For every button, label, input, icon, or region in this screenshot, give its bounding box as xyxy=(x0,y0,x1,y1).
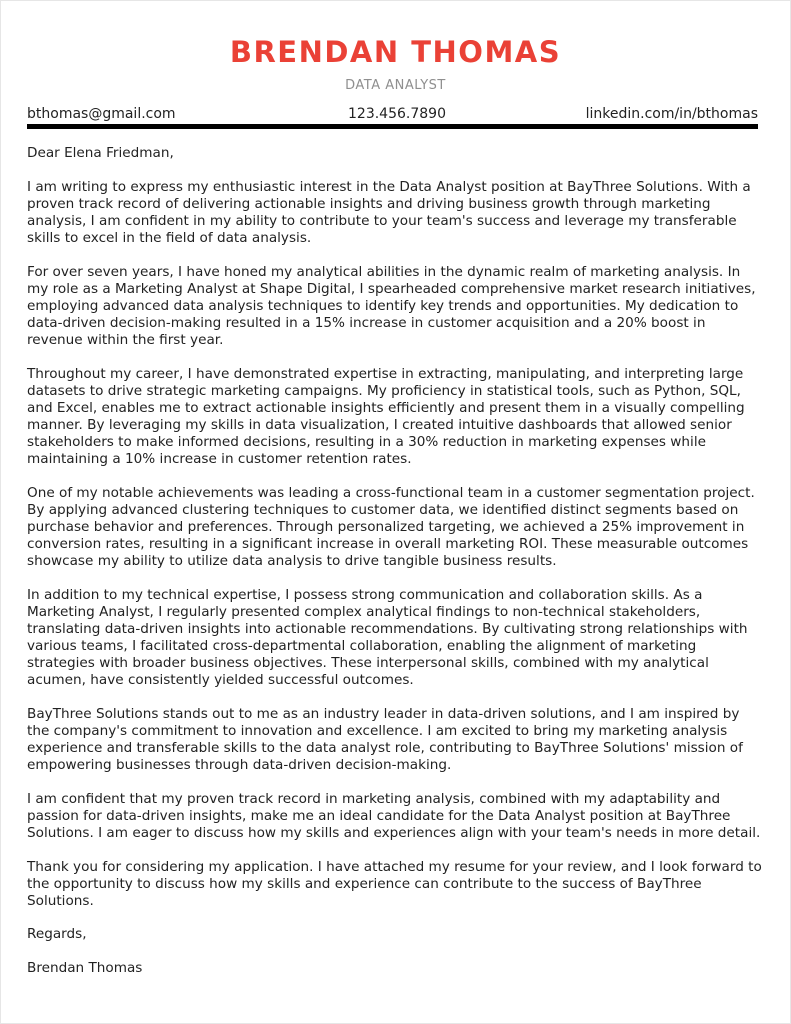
closing: Regards, xyxy=(27,926,764,943)
signature: Brendan Thomas xyxy=(27,960,764,977)
salutation: Dear Elena Friedman, xyxy=(27,145,764,162)
contact-email[interactable]: bthomas@gmail.com xyxy=(27,105,176,123)
applicant-name: BRENDAN THOMAS xyxy=(1,34,790,70)
paragraph-conclusion: I am confident that my proven track reco… xyxy=(27,791,764,842)
header-divider xyxy=(27,124,758,129)
contact-bar: bthomas@gmail.com 123.456.7890 linkedin.… xyxy=(27,105,758,123)
paragraph-thanks: Thank you for considering my application… xyxy=(27,859,764,910)
applicant-title: DATA ANALYST xyxy=(1,78,790,94)
paragraph-experience: For over seven years, I have honed my an… xyxy=(27,264,764,349)
paragraph-soft-skills: In addition to my technical expertise, I… xyxy=(27,587,764,690)
paragraph-intro: I am writing to express my enthusiastic … xyxy=(27,179,764,247)
contact-phone[interactable]: 123.456.7890 xyxy=(348,105,446,123)
paragraph-expertise: Throughout my career, I have demonstrate… xyxy=(27,366,764,469)
paragraph-achievement: One of my notable achievements was leadi… xyxy=(27,485,764,570)
cover-letter-page: BRENDAN THOMAS DATA ANALYST bthomas@gmai… xyxy=(0,0,791,1024)
letter-body: Dear Elena Friedman, I am writing to exp… xyxy=(27,145,764,993)
contact-linkedin[interactable]: linkedin.com/in/bthomas xyxy=(586,105,758,123)
paragraph-company-fit: BayThree Solutions stands out to me as a… xyxy=(27,706,764,774)
